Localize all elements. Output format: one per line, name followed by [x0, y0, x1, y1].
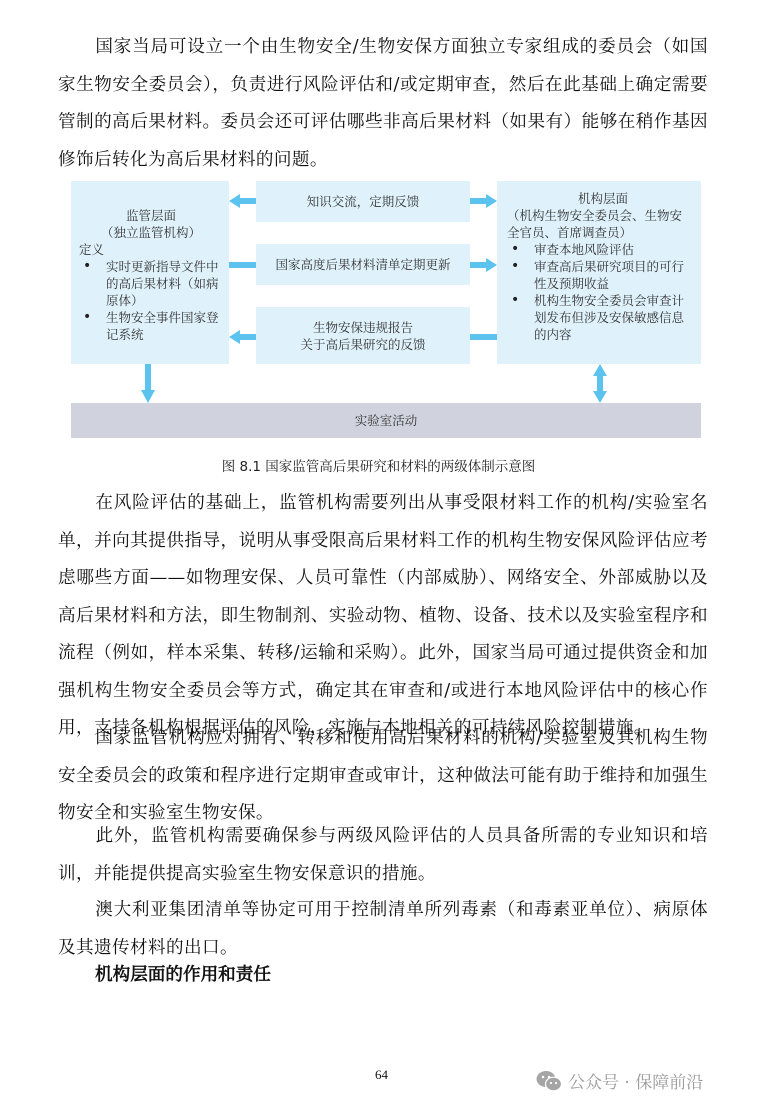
watermark-text: 公众号 · 保障前沿 — [568, 1068, 703, 1093]
paragraph-5: 澳大利亚集团清单等协定可用于控制清单所列毒素（和毒素亚单位）、病原体及其遗传材料… — [58, 892, 708, 967]
institutional-level-title: 机构层面 — [519, 190, 687, 207]
paragraph-text: 在风险评估的基础上，监管机构需要列出从事受限材料工作的机构/实验室名单，并向其提… — [58, 493, 708, 738]
arrow-bidirectional-icon — [593, 364, 607, 403]
arrow-right-icon — [470, 194, 497, 208]
definition-label: 定义 — [79, 241, 223, 258]
paragraph-text: 澳大利亚集团清单等协定可用于控制清单所列毒素（和毒素亚单位）、病原体及其遗传材料… — [58, 900, 708, 958]
list-update-box: 国家高度后果材料清单定期更新 — [256, 244, 470, 285]
bullet-item: 审查本地风险评估 — [507, 241, 687, 258]
box-text: 关于高后果研究的反馈 — [300, 336, 425, 353]
knowledge-exchange-box: 知识交流，定期反馈 — [256, 181, 470, 222]
box-text: 国家高度后果材料清单定期更新 — [275, 256, 450, 273]
institutional-level-box: 机构层面 （机构生物安全委员会、生物安全官员、首席调查员） 审查本地风险评估 审… — [497, 181, 701, 364]
arrow-right-icon — [470, 258, 497, 272]
paragraph-2: 在风险评估的基础上，监管机构需要列出从事受限材料工作的机构/实验室名单，并向其提… — [58, 485, 708, 748]
section-heading: 机构层面的作用和责任 — [95, 961, 271, 986]
bullet-item: 生物安全事件国家登记系统 — [79, 309, 223, 343]
figure-caption: 图 8.1 国家监管高后果研究和材料的两级体制示意图 — [0, 455, 757, 475]
regulatory-level-box: 监管层面 （独立监管机构） 定义 实时更新指导文件中的高后果材料（如病原体） 生… — [71, 181, 229, 364]
regulatory-bullets: 实时更新指导文件中的高后果材料（如病原体） 生物安全事件国家登记系统 — [79, 258, 223, 343]
arrow-left-icon — [229, 194, 256, 208]
institutional-level-subtitle: （机构生物安全委员会、生物安全官员、首席调查员） — [507, 207, 687, 241]
page-number: 64 — [375, 1067, 388, 1083]
bullet-item: 审查高后果研究项目的可行性及预期收益 — [507, 258, 687, 292]
arrow-down-icon — [141, 364, 155, 403]
paragraph-text: 国家监管机构应对拥有、转移和使用高后果材料的机构/实验室及其机构生物安全委员会的… — [58, 728, 708, 823]
connector-line-icon — [470, 330, 497, 344]
paragraph-text: 国家当局可设立一个由生物安全/生物安保方面独立专家组成的委员会（如国家生物安全委… — [58, 37, 708, 170]
watermark: 公众号 · 保障前沿 — [536, 1068, 703, 1093]
regulatory-level-title: 监管层面 — [79, 207, 223, 224]
violation-report-box: 生物安保违规报告 关于高后果研究的反馈 — [256, 307, 470, 364]
paragraph-3: 国家监管机构应对拥有、转移和使用高后果材料的机构/实验室及其机构生物安全委员会的… — [58, 720, 708, 833]
arrow-left-icon — [229, 330, 256, 344]
paragraph-4: 此外，监管机构需要确保参与两级风险评估的人员具备所需的专业知识和培训，并能提供提… — [58, 818, 708, 893]
regulatory-level-subtitle: （独立监管机构） — [79, 224, 223, 241]
bullet-item: 实时更新指导文件中的高后果材料（如病原体） — [79, 258, 223, 309]
box-text: 生物安保违规报告 — [313, 319, 413, 336]
connector-line-icon — [229, 258, 256, 272]
paragraph-text: 此外，监管机构需要确保参与两级风险评估的人员具备所需的专业知识和培训，并能提供提… — [58, 826, 708, 884]
institutional-bullets: 审查本地风险评估 审查高后果研究项目的可行性及预期收益 机构生物安全委员会审查计… — [507, 241, 687, 343]
lab-activities-label: 实验室活动 — [355, 412, 418, 429]
paragraph-1: 国家当局可设立一个由生物安全/生物安保方面独立专家组成的委员会（如国家生物安全委… — [58, 29, 708, 179]
wechat-icon — [536, 1070, 562, 1092]
bullet-item: 机构生物安全委员会审查计划发布但涉及安保敏感信息的内容 — [507, 292, 687, 343]
lab-activities-bar: 实验室活动 — [71, 403, 701, 438]
box-text: 知识交流，定期反馈 — [307, 193, 420, 210]
